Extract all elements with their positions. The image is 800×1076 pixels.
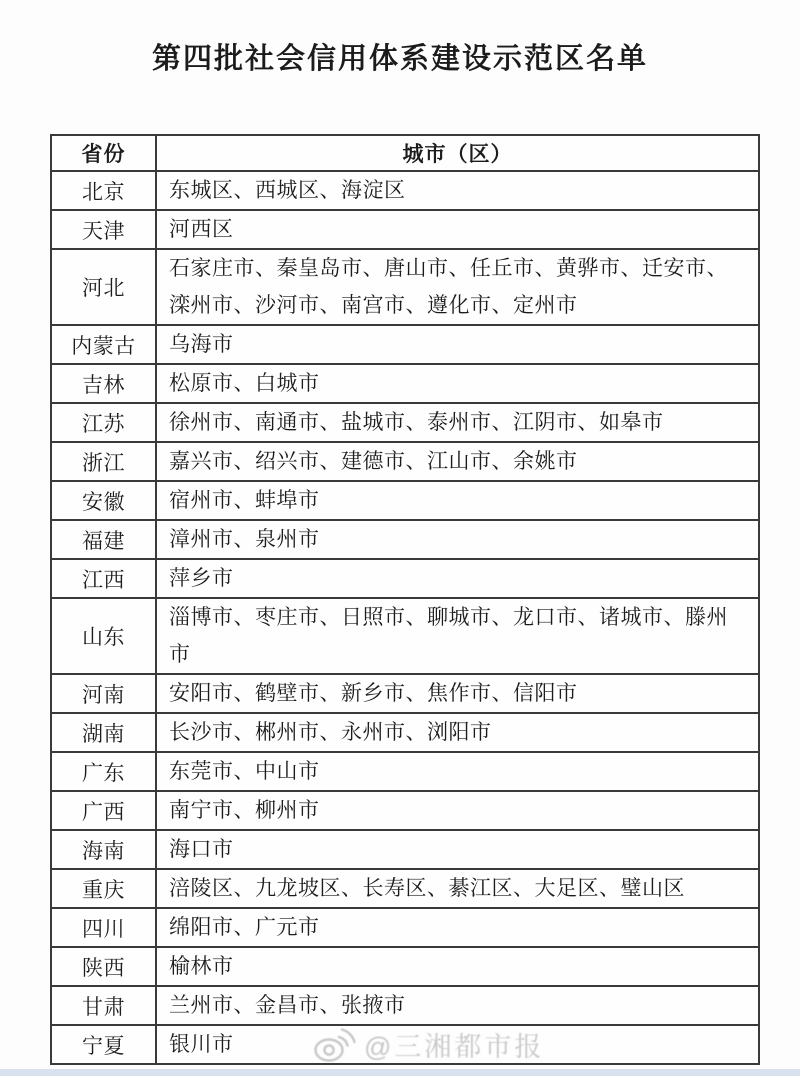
table-row: 江苏 徐州市、南通市、盐城市、泰州市、江阴市、如皋市 — [51, 403, 759, 442]
document-page: 第四批社会信用体系建设示范区名单 省份 城市（区） 北京 东城区、西城区、海淀区… — [0, 0, 800, 1076]
table-row: 河南 安阳市、鹤壁市、新乡市、焦作市、信阳市 — [51, 674, 759, 713]
column-header-province: 省份 — [51, 135, 156, 171]
cities-cell: 南宁市、柳州市 — [156, 791, 759, 830]
province-cell: 宁夏 — [51, 1025, 156, 1064]
table-row: 北京 东城区、西城区、海淀区 — [51, 171, 759, 210]
credit-demo-zones-table: 省份 城市（区） 北京 东城区、西城区、海淀区 天津 河西区 河北 石家庄市、秦… — [50, 134, 760, 1065]
cities-cell: 绵阳市、广元市 — [156, 908, 759, 947]
table-header-row: 省份 城市（区） — [51, 135, 759, 171]
cities-cell: 长沙市、郴州市、永州市、浏阳市 — [156, 713, 759, 752]
cities-cell: 徐州市、南通市、盐城市、泰州市、江阴市、如皋市 — [156, 403, 759, 442]
table-row: 内蒙古 乌海市 — [51, 325, 759, 364]
table-row: 广西 南宁市、柳州市 — [51, 791, 759, 830]
cities-cell: 榆林市 — [156, 947, 759, 986]
page-title: 第四批社会信用体系建设示范区名单 — [0, 36, 800, 77]
table-row: 山东 淄博市、枣庄市、日照市、聊城市、龙口市、诸城市、滕州市 — [51, 598, 759, 674]
cities-cell: 漳州市、泉州市 — [156, 520, 759, 559]
cities-cell: 乌海市 — [156, 325, 759, 364]
table-row: 重庆 涪陵区、九龙坡区、长寿区、綦江区、大足区、璧山区 — [51, 869, 759, 908]
province-cell: 吉林 — [51, 364, 156, 403]
table-row: 天津 河西区 — [51, 210, 759, 249]
table-row: 广东 东莞市、中山市 — [51, 752, 759, 791]
province-cell: 四川 — [51, 908, 156, 947]
province-cell: 广东 — [51, 752, 156, 791]
cities-cell: 嘉兴市、绍兴市、建德市、江山市、余姚市 — [156, 442, 759, 481]
cities-cell: 淄博市、枣庄市、日照市、聊城市、龙口市、诸城市、滕州市 — [156, 598, 759, 674]
province-cell: 广西 — [51, 791, 156, 830]
cities-cell: 松原市、白城市 — [156, 364, 759, 403]
cities-cell: 东城区、西城区、海淀区 — [156, 171, 759, 210]
province-cell: 山东 — [51, 598, 156, 674]
cities-cell: 海口市 — [156, 830, 759, 869]
province-cell: 甘肃 — [51, 986, 156, 1025]
table-row: 河北 石家庄市、秦皇岛市、唐山市、任丘市、黄骅市、迁安市、滦州市、沙河市、南宫市… — [51, 249, 759, 325]
cities-cell: 东莞市、中山市 — [156, 752, 759, 791]
bottom-edge-strip — [0, 1069, 800, 1076]
table-row: 海南 海口市 — [51, 830, 759, 869]
table-row: 湖南 长沙市、郴州市、永州市、浏阳市 — [51, 713, 759, 752]
province-cell: 湖南 — [51, 713, 156, 752]
cities-cell: 银川市 — [156, 1025, 759, 1064]
province-cell: 北京 — [51, 171, 156, 210]
table-row: 吉林 松原市、白城市 — [51, 364, 759, 403]
cities-cell: 宿州市、蚌埠市 — [156, 481, 759, 520]
province-cell: 福建 — [51, 520, 156, 559]
cities-cell: 安阳市、鹤壁市、新乡市、焦作市、信阳市 — [156, 674, 759, 713]
cities-cell: 涪陵区、九龙坡区、长寿区、綦江区、大足区、璧山区 — [156, 869, 759, 908]
province-cell: 河北 — [51, 249, 156, 325]
province-cell: 浙江 — [51, 442, 156, 481]
province-cell: 江苏 — [51, 403, 156, 442]
cities-cell: 河西区 — [156, 210, 759, 249]
province-cell: 安徽 — [51, 481, 156, 520]
table-body: 北京 东城区、西城区、海淀区 天津 河西区 河北 石家庄市、秦皇岛市、唐山市、任… — [51, 171, 759, 1064]
table-row: 浙江 嘉兴市、绍兴市、建德市、江山市、余姚市 — [51, 442, 759, 481]
table-row: 江西 萍乡市 — [51, 559, 759, 598]
table-row: 甘肃 兰州市、金昌市、张掖市 — [51, 986, 759, 1025]
cities-cell: 兰州市、金昌市、张掖市 — [156, 986, 759, 1025]
province-cell: 内蒙古 — [51, 325, 156, 364]
province-cell: 重庆 — [51, 869, 156, 908]
province-cell: 天津 — [51, 210, 156, 249]
cities-cell: 石家庄市、秦皇岛市、唐山市、任丘市、黄骅市、迁安市、滦州市、沙河市、南宫市、遵化… — [156, 249, 759, 325]
column-header-cities: 城市（区） — [156, 135, 759, 171]
province-cell: 陕西 — [51, 947, 156, 986]
table-row: 宁夏 银川市 — [51, 1025, 759, 1064]
table-row: 安徽 宿州市、蚌埠市 — [51, 481, 759, 520]
province-cell: 河南 — [51, 674, 156, 713]
province-cell: 海南 — [51, 830, 156, 869]
province-cell: 江西 — [51, 559, 156, 598]
table-row: 福建 漳州市、泉州市 — [51, 520, 759, 559]
cities-cell: 萍乡市 — [156, 559, 759, 598]
table-row: 陕西 榆林市 — [51, 947, 759, 986]
table-row: 四川 绵阳市、广元市 — [51, 908, 759, 947]
